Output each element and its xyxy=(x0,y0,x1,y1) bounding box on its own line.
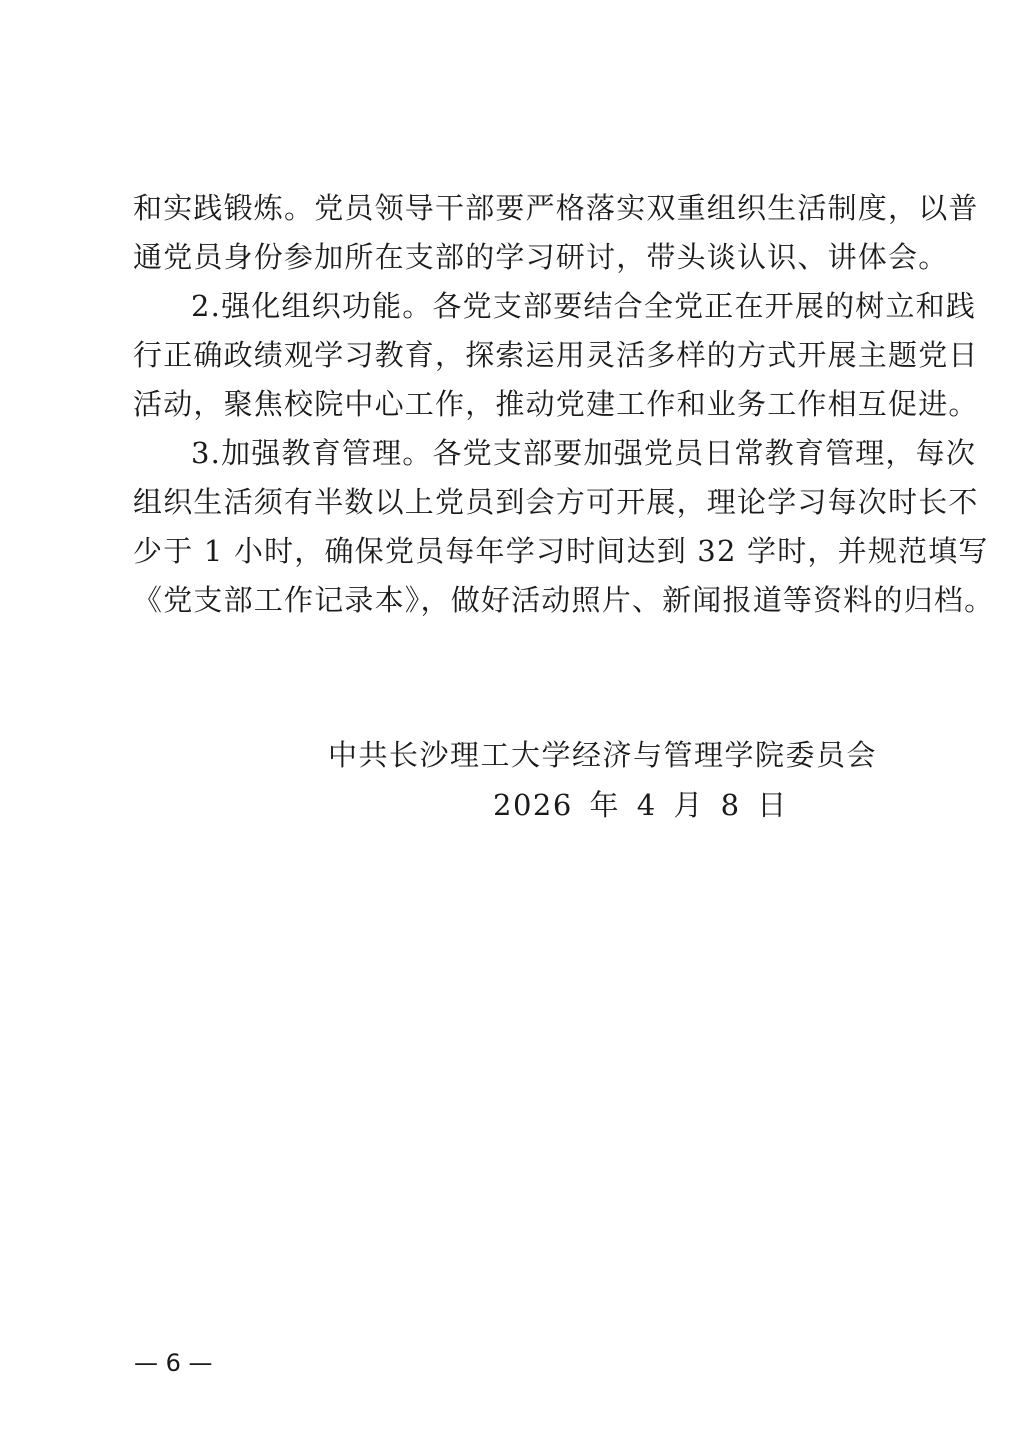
paragraph-line: 行正确政绩观学习教育，探索运用灵活多样的方式开展主题党日 xyxy=(133,331,897,380)
paragraph-line: 组织生活须有半数以上党员到会方可开展，理论学习每次时长不 xyxy=(133,478,897,527)
signature-organization: 中共长沙理工大学经济与管理学院委员会 xyxy=(328,733,877,774)
paragraph-line: 《党支部工作记录本》，做好活动照片、新闻报道等资料的归档。 xyxy=(133,576,897,625)
section-heading-line: 3.加强教育管理。各党支部要加强党员日常教育管理，每次 xyxy=(133,429,897,478)
section-heading-line: 2.强化组织功能。各党支部要结合全党正在开展的树立和践 xyxy=(133,282,897,331)
paragraph-line: 和实践锻炼。党员领导干部要严格落实双重组织生活制度，以普 xyxy=(133,184,897,233)
page-number: — 6 — xyxy=(134,1349,213,1377)
document-body: 和实践锻炼。党员领导干部要严格落实双重组织生活制度，以普 通党员身份参加所在支部… xyxy=(133,184,897,625)
paragraph-line: 通党员身份参加所在支部的学习研讨，带头谈认识、讲体会。 xyxy=(133,233,897,282)
paragraph-line: 少于 1 小时，确保党员每年学习时间达到 32 学时，并规范填写 xyxy=(133,527,897,576)
paragraph-line: 活动，聚焦校院中心工作，推动党建工作和业务工作相互促进。 xyxy=(133,380,897,429)
document-page: 和实践锻炼。党员领导干部要严格落实双重组织生活制度，以普 通党员身份参加所在支部… xyxy=(0,0,1024,1448)
signature-date: 2026 年 4 月 8 日 xyxy=(493,783,788,824)
